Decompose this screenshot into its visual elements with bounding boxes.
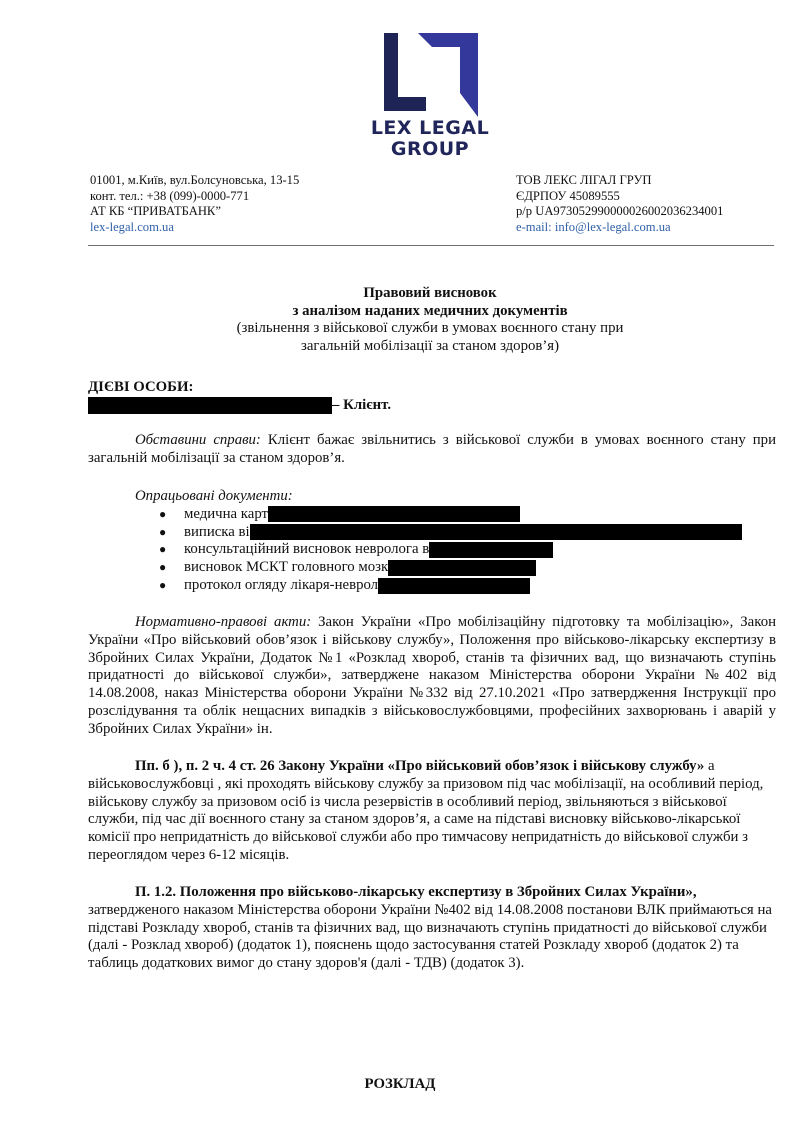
bullet-icon: ●	[159, 577, 166, 595]
list-item: ●виписка ві	[135, 524, 742, 542]
phone: конт. тел.: +38 (099)-0000-771	[90, 189, 299, 205]
bullet-icon: ●	[159, 506, 166, 524]
company-name: ТОВ ЛЕКС ЛІГАЛ ГРУП	[516, 173, 723, 189]
redacted-client-name	[88, 397, 332, 414]
logo-line-1: LEX LEGAL	[350, 118, 510, 139]
list-item: ●висновок МСКТ головного мозк	[135, 559, 742, 577]
documents-label: Опрацьовані документи:	[135, 488, 293, 504]
logo-line-2: GROUP	[350, 139, 510, 160]
list-item: ●протокол огляду лікаря-неврол	[135, 577, 742, 595]
regulation-paragraph: П. 1.2. Положення про військово-лікарськ…	[88, 884, 776, 973]
bullet-icon: ●	[159, 559, 166, 577]
header-contacts-right: ТОВ ЛЕКС ЛІГАЛ ГРУП ЄДРПОУ 45089555 р/р …	[516, 173, 723, 235]
email-link[interactable]: e-mail: info@lex-legal.com.ua	[516, 220, 723, 236]
header-contacts-left: 01001, м.Київ, вул.Болсуновська, 13-15 к…	[90, 173, 299, 235]
client-line: – Клієнт.	[88, 396, 391, 414]
list-item: ●консультаційний висновок невролога в	[135, 541, 742, 559]
normative-acts-paragraph: Нормативно-правові акти: Закон України «…	[88, 614, 776, 739]
list-item: ●медична карт	[135, 506, 742, 524]
schedule-heading: РОЗКЛАД	[300, 1076, 500, 1093]
title-line-2: з аналізом наданих медичних документів	[292, 303, 567, 319]
redacted-text	[429, 542, 553, 558]
edrpou: ЄДРПОУ 45089555	[516, 189, 723, 205]
documents-list: Опрацьовані документи: ●медична карт ●ви…	[135, 488, 742, 595]
document-title: Правовий висновок з аналізом наданих мед…	[150, 285, 710, 355]
address: 01001, м.Київ, вул.Болсуновська, 13-15	[90, 173, 299, 189]
regulation-reference: П. 1.2. Положення про військово-лікарськ…	[135, 884, 697, 900]
normative-text: Закон України «Про мобілізаційну підгото…	[88, 614, 776, 737]
redacted-text	[378, 578, 530, 594]
article-26-reference: Пп. б ), п. 2 ч. 4 ст. 26 Закону України…	[135, 758, 704, 774]
circumstances-paragraph: Обставини справи: Клієнт бажає звільнити…	[88, 432, 776, 468]
redacted-text	[250, 524, 742, 540]
circumstances-label: Обставини справи:	[135, 432, 261, 448]
bullet-icon: ●	[159, 541, 166, 559]
regulation-text: затвердженого наказом Міністерства оборо…	[88, 902, 772, 971]
redacted-text	[268, 506, 520, 522]
redacted-text	[388, 560, 536, 576]
website-link[interactable]: lex-legal.com.ua	[90, 220, 299, 236]
parties-heading: ДІЄВІ ОСОБИ:	[88, 378, 193, 396]
title-line-1: Правовий висновок	[363, 285, 496, 301]
title-line-3: (звільнення з військової служби в умовах…	[150, 320, 710, 338]
normative-label: Нормативно-правові акти:	[135, 614, 311, 630]
logo-wordmark: LEX LEGAL GROUP	[350, 118, 510, 160]
bank-name: АТ КБ “ПРИВАТБАНК”	[90, 204, 299, 220]
client-label: – Клієнт.	[332, 397, 391, 413]
bullet-icon: ●	[159, 524, 166, 542]
title-line-4: загальній мобілізації за станом здоров’я…	[150, 338, 710, 356]
article-26-paragraph: Пп. б ), п. 2 ч. 4 ст. 26 Закону України…	[88, 758, 776, 865]
header-divider	[88, 245, 774, 246]
bank-account: р/р UA973052990000026002036234001	[516, 204, 723, 220]
